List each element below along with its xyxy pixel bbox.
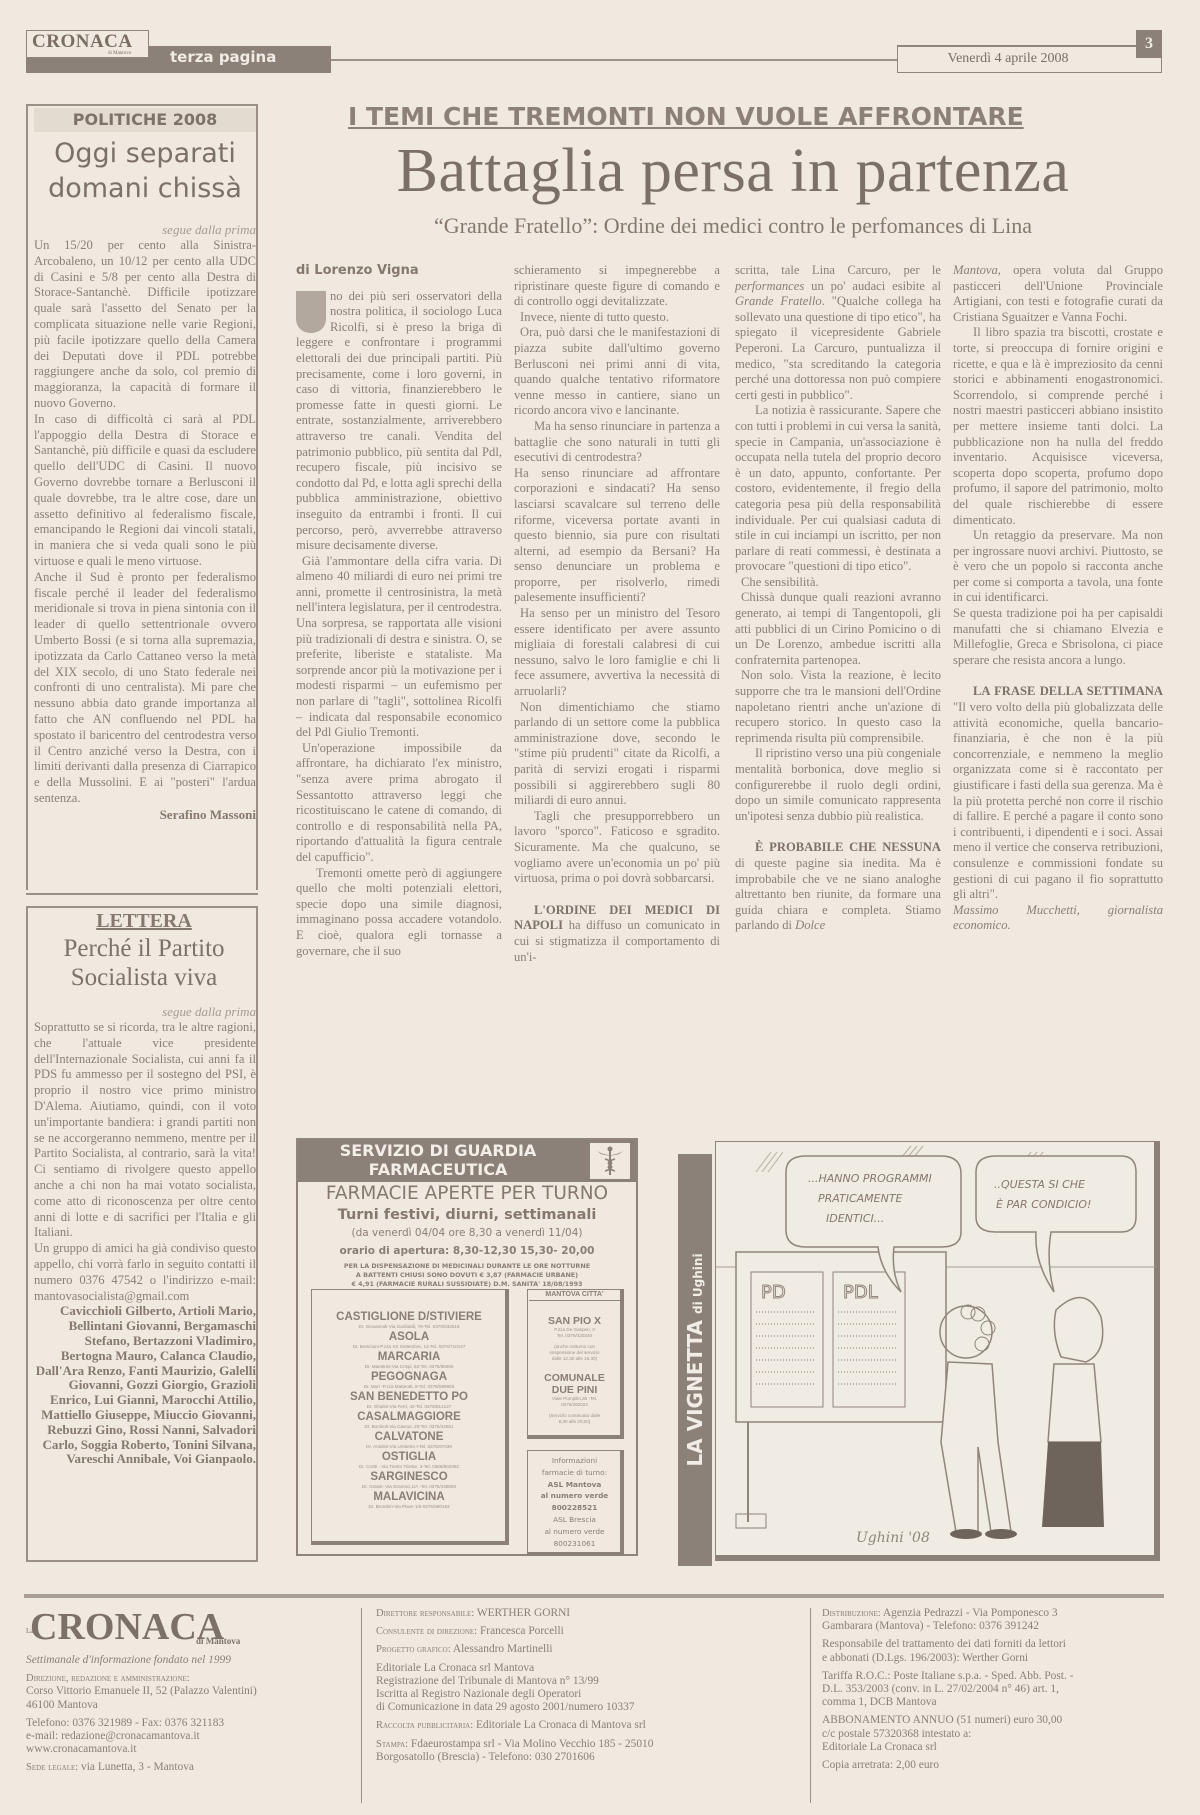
footer-column-3: Distribuzione: Agenzia Pedrazzi - Via Po… bbox=[822, 1607, 1182, 1772]
back-issue-price: Copia arretrata: 2,00 euro bbox=[822, 1759, 1182, 1772]
article-paragraph: Chissà dunque quali reazioni avranno gen… bbox=[735, 590, 941, 668]
list-item: SAN BENEDETTO PODr. Ghidini-Via Ferri, 4… bbox=[313, 1391, 505, 1411]
article-paragraph: Non dimentichiamo che stiamo parlando di… bbox=[514, 700, 720, 809]
lettera-body: segue dalla prima Soprattutto se si rico… bbox=[34, 1004, 256, 1467]
cartoon-frame: PD PDL ...HANNO PROGRAMMI PRATICAMENTE I… bbox=[715, 1141, 1160, 1561]
vignetta-label: LA VIGNETTAdi Ughini bbox=[678, 1154, 712, 1566]
article-paragraph: Un'operazione impossibile da affrontare,… bbox=[296, 741, 502, 866]
article-headline: Battaglia persa in partenza bbox=[298, 136, 1168, 207]
pharmacy-hours: orario di apertura: 8,30-12,30 15,30- 20… bbox=[298, 1245, 636, 1257]
article-paragraph-lead: È PROBABILE CHE NESSUNA di queste pagine… bbox=[735, 840, 941, 934]
article-paragraph: Ha senso rinunciare ad affrontare corpor… bbox=[514, 466, 720, 606]
footer-tagline: Settimanale d'informazione fondato nel 1… bbox=[26, 1654, 356, 1667]
politiche-title-line1: Oggi separati bbox=[34, 136, 256, 171]
lettera-paragraph: Soprattutto se si ricorda, tra le altre … bbox=[34, 1020, 256, 1241]
list-item: MARCARIADr. Maestrini-Via Crispi, 82-Tel… bbox=[313, 1351, 505, 1371]
footer-divider bbox=[810, 1608, 811, 1803]
poster-pdl: PDL bbox=[843, 1282, 878, 1303]
bubble-right-line1: ..QUESTA SI CHE bbox=[994, 1178, 1085, 1191]
footer-column-2: Direttore responsabile: WERTHER GORNI Co… bbox=[376, 1607, 806, 1764]
politiche-title: Oggi separati domani chissà bbox=[34, 136, 256, 206]
vignetta-author: di Ughini bbox=[691, 1253, 705, 1314]
article-paragraph: Tremonti omette però di aggiungere quell… bbox=[296, 866, 502, 960]
article-paragraph: Già l'ammontare della cifra varia. Di al… bbox=[296, 554, 502, 741]
mantova-city-body: SAN PIO X P.zza De Gasperi, 3 Tel. 0376/… bbox=[529, 1305, 620, 1425]
article-paragraph: Ora, può darsi che le manifestazioni di … bbox=[514, 325, 720, 419]
footer-website[interactable]: www.cronacamantova.it bbox=[26, 1743, 356, 1756]
issue-date: Venerdì 4 aprile 2008 bbox=[897, 51, 1119, 67]
masthead-logo-subtitle: di Mantova bbox=[108, 51, 131, 56]
lettera-title-line2: Socialista viva bbox=[34, 963, 254, 992]
footer-rule bbox=[24, 1594, 1164, 1598]
section-name: terza pagina bbox=[170, 48, 276, 66]
article-paragraph: Che sensibilità. bbox=[735, 575, 941, 591]
lead-in-bold: È PROBABILE CHE NESSUNA bbox=[755, 840, 941, 854]
article-subhead: “Grande Fratello”: Ordine dei medici con… bbox=[298, 213, 1168, 239]
article-paragraph-lead: LA FRASE DELLA SETTIMANA "Il vero volto … bbox=[953, 684, 1163, 902]
article-column-3: scritta, tale Lina Carcuro, per le perfo… bbox=[735, 263, 941, 934]
article-column-4: Mantova, opera voluta dal Gruppo pasticc… bbox=[953, 263, 1163, 934]
article-paragraph: Mantova, opera voluta dal Gruppo pasticc… bbox=[953, 263, 1163, 325]
article-paragraph: schieramento si impegnerebbe a ripristin… bbox=[514, 263, 720, 310]
article-byline: di Lorenzo Vigna bbox=[296, 263, 502, 279]
politiche-label: POLITICHE 2008 bbox=[34, 108, 256, 132]
article-paragraph: Il libro spazia tra biscotti, crostate e… bbox=[953, 325, 1163, 528]
lettera-signatories: Cavicchioli Gilberto, Artioli Mario, Bel… bbox=[34, 1304, 256, 1467]
cartoon-illustration: PD PDL ...HANNO PROGRAMMI PRATICAMENTE I… bbox=[716, 1142, 1155, 1556]
lettera-title-line1: Perché il Partito bbox=[34, 934, 254, 963]
continued-note: segue dalla prima bbox=[34, 222, 256, 238]
politiche-paragraph: In caso di difficoltà ci sarà al PDL l'a… bbox=[34, 412, 256, 570]
article-paragraph: no dei più seri osservatori della nostra… bbox=[296, 289, 502, 554]
dropcap-u bbox=[296, 291, 326, 333]
list-item: MALAVICINADr. Brombin-Via Piave 1/5-0376… bbox=[313, 1491, 505, 1511]
lead-in-bold: LA FRASE DELLA SETTIMANA bbox=[973, 684, 1163, 698]
politiche-title-line2: domani chissà bbox=[34, 171, 256, 206]
list-item: PEGOGNAGADr. Mori -P.zza Matteotti, 8-Te… bbox=[313, 1371, 505, 1391]
footer-email[interactable]: e-mail: redazione@cronacamantova.it bbox=[26, 1730, 356, 1743]
article-paragraph: Non solo. Vista la reazione, è lecito su… bbox=[735, 668, 941, 746]
lettera-kicker: LETTERA bbox=[34, 910, 254, 933]
pharmacy-title: FARMACIE APERTE PER TURNO bbox=[298, 1183, 636, 1204]
lettera-title: Perché il Partito Socialista viva bbox=[34, 934, 254, 992]
quote-author: Massimo Mucchetti, giornalista economico… bbox=[953, 903, 1163, 934]
asl-brescia-phone: 800231061 bbox=[529, 1538, 620, 1550]
pharmacy-period: (da venerdì 04/04 ore 8,30 a venerdì 11/… bbox=[298, 1227, 636, 1239]
article-column-1: di Lorenzo Vigna no dei più seri osserva… bbox=[296, 263, 502, 959]
masthead-rule bbox=[331, 59, 897, 61]
article-kicker: I TEMI CHE TREMONTI NON VUOLE AFFRONTARE bbox=[348, 102, 1024, 131]
article-paragraph: Invece, niente di tutto questo. bbox=[514, 310, 720, 326]
footer-logo-subtitle: di Mantova bbox=[196, 1636, 240, 1646]
province-pharmacies-list: CASTIGLIONE D/STIVIEREDr. Giovannoli-Via… bbox=[313, 1311, 505, 1511]
mantova-city-header: MANTOVA CITTA' bbox=[529, 1291, 620, 1301]
pharmacy-subtitle: Turni festivi, diurni, settimanali bbox=[298, 1207, 636, 1223]
article-paragraph: Se questa tradizione poi ha per capisald… bbox=[953, 606, 1163, 668]
list-item: CASALMAGGIOREDr. Bonisoli-Via Cavour, 28… bbox=[313, 1411, 505, 1431]
list-item: SARGINESCODr. Grassi- Via Gramsci,1/A -T… bbox=[313, 1471, 505, 1491]
caduceus-icon bbox=[590, 1143, 630, 1179]
article-paragraph: Tagli che presupporrebbero un lavoro "sp… bbox=[514, 809, 720, 887]
article-paragraph: Ha senso per un ministro del Tesoro esse… bbox=[514, 606, 720, 700]
footer-divider bbox=[361, 1608, 362, 1803]
list-item: ASOLADr. Bresciani-P.zza XX Settembre, 1… bbox=[313, 1331, 505, 1351]
article-paragraph: Un retaggio da preservare. Ma non per in… bbox=[953, 528, 1163, 606]
continued-note: segue dalla prima bbox=[34, 1004, 256, 1020]
politiche-signature: Serafino Massoni bbox=[34, 807, 256, 823]
footer-column-1: Settimanale d'informazione fondato nel 1… bbox=[26, 1654, 356, 1775]
sidebar-divider bbox=[26, 893, 258, 895]
article-paragraph: Ma ha senso rinunciare in partenza a bat… bbox=[514, 419, 720, 466]
cartoon-signature: Ughini '08 bbox=[856, 1530, 930, 1546]
list-item: CALVATONEDr. Antolini-Via Umberto I-Tel.… bbox=[313, 1431, 505, 1451]
poster-pd: PD bbox=[761, 1282, 786, 1303]
page-number: 3 bbox=[1136, 30, 1162, 58]
politiche-body: segue dalla prima Un 15/20 per cento all… bbox=[34, 222, 256, 823]
bubble-left-line1: ...HANNO PROGRAMMI bbox=[808, 1172, 932, 1185]
masthead-logo: CRONACA bbox=[32, 31, 133, 53]
asl-info-body: Informazioni farmacie di turno: ASL Mant… bbox=[529, 1455, 620, 1549]
footer-phone: Telefono: 0376 321989 - Fax: 0376 321183 bbox=[26, 1717, 356, 1730]
politiche-paragraph: Anche il Sud è pronto per federalismo fi… bbox=[34, 570, 256, 807]
lettera-paragraph: Un gruppo di amici ha già condiviso ques… bbox=[34, 1241, 256, 1304]
list-item: OSTIGLIADr. Crotti - Via Trento Trieste,… bbox=[313, 1451, 505, 1471]
pharmacy-note: PER LA DISPENSAZIONE DI MEDICINALI DURAN… bbox=[302, 1262, 632, 1289]
article-paragraph-lead: L'ORDINE DEI MEDICI DI NAPOLI ha diffuso… bbox=[514, 903, 720, 965]
politiche-paragraph: Un 15/20 per cento alla Sinistra-Arcobal… bbox=[34, 238, 256, 412]
article-paragraph: La notizia è rassicurante. Sapere che co… bbox=[735, 403, 941, 575]
list-item: CASTIGLIONE D/STIVIEREDr. Giovannoli-Via… bbox=[313, 1311, 505, 1331]
pharmacy-banner-text: SERVIZIO DI GUARDIA FARMACEUTICA bbox=[298, 1141, 578, 1179]
asl-mantova-phone: 800228521 bbox=[529, 1502, 620, 1514]
article-column-2: schieramento si impegnerebbe a ripristin… bbox=[514, 263, 720, 965]
article-paragraph: Il ripristino verso una più congeniale m… bbox=[735, 746, 941, 824]
article-paragraph: scritta, tale Lina Carcuro, per le perfo… bbox=[735, 263, 941, 403]
